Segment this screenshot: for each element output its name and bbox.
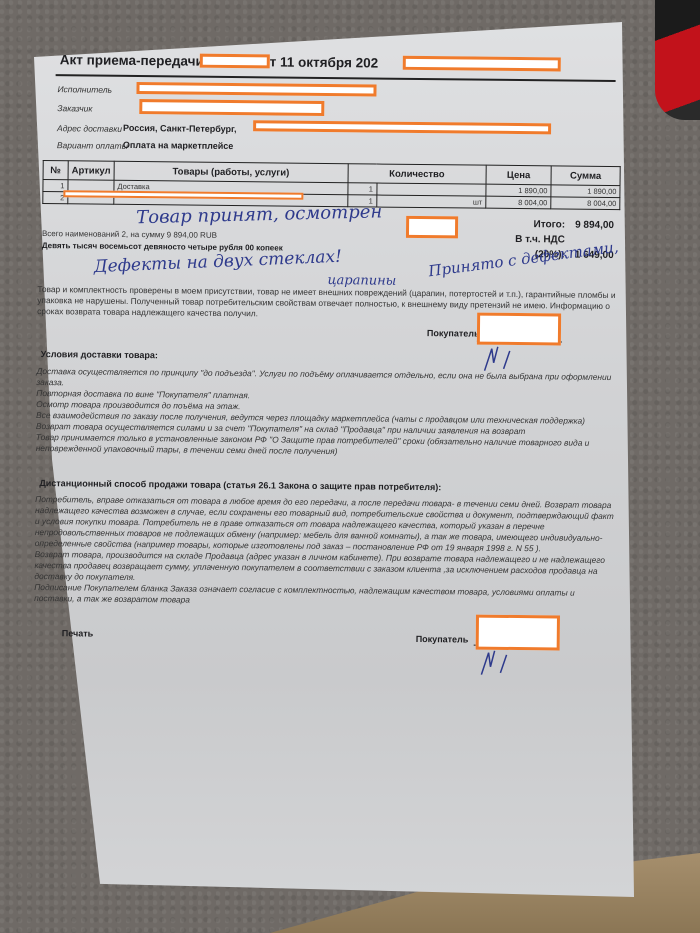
row-sum: 1 890,00 [551, 185, 620, 198]
title-date: от 11 октября 202 [262, 54, 379, 70]
row-unit [376, 183, 486, 196]
col-goods: Товары (работы, услуги) [114, 161, 348, 182]
row-price: 8 004,00 [486, 196, 551, 209]
stamp-label: Печать [62, 628, 94, 638]
redaction-handwritten [406, 216, 458, 239]
buyer-label-bottom: Покупатель [416, 634, 469, 645]
row-price: 1 890,00 [486, 184, 551, 197]
row-sum: 8 004,00 [551, 197, 620, 210]
remote-sale-text: Потребитель, вправе отказаться от товара… [35, 494, 616, 555]
redaction-customer [139, 99, 324, 116]
field-value-payment: Оплата на маркетплейсе [123, 140, 234, 151]
summary-line: Всего наименований 2, на сумму 9 894,00 … [42, 229, 217, 240]
redaction-title-year [403, 56, 561, 72]
delivery-heading: Условия доставки товара: [41, 349, 158, 360]
buyer-signature-bottom [476, 647, 516, 677]
title-prefix: Акт приема-передачи [60, 52, 204, 69]
redaction-buyer-name [477, 313, 561, 346]
field-label-executor: Исполнитель [57, 84, 112, 95]
total-value: 9 894,00 [575, 220, 614, 231]
redaction-order-number [200, 54, 270, 69]
row-unit: шт [376, 195, 486, 208]
field-label-address: Адрес доставки [57, 123, 122, 134]
field-value-address: Россия, Санкт-Петербург, [123, 123, 237, 134]
col-price: Цена [486, 165, 551, 185]
remote-sale-terms: Потребитель, вправе отказаться от товара… [34, 494, 615, 610]
total-label: Итого: [483, 217, 565, 233]
buyer-signature [480, 343, 520, 373]
paper-sheet [34, 22, 634, 897]
redaction-buyer-name-bottom [476, 615, 560, 651]
buyer-label: Покупатель [427, 328, 480, 339]
col-sku: Артикул [68, 161, 114, 180]
col-number: № [43, 161, 68, 180]
row-qty: 1 [347, 183, 376, 195]
col-quantity: Количество [348, 164, 487, 184]
delivery-terms: Доставка осуществляется по принципу "до … [36, 366, 617, 460]
red-object-background [655, 0, 700, 120]
col-sum: Сумма [551, 166, 620, 186]
field-label-payment: Вариант оплаты [57, 140, 128, 151]
field-label-customer: Заказчик [57, 103, 92, 113]
redaction-executor [136, 82, 376, 97]
